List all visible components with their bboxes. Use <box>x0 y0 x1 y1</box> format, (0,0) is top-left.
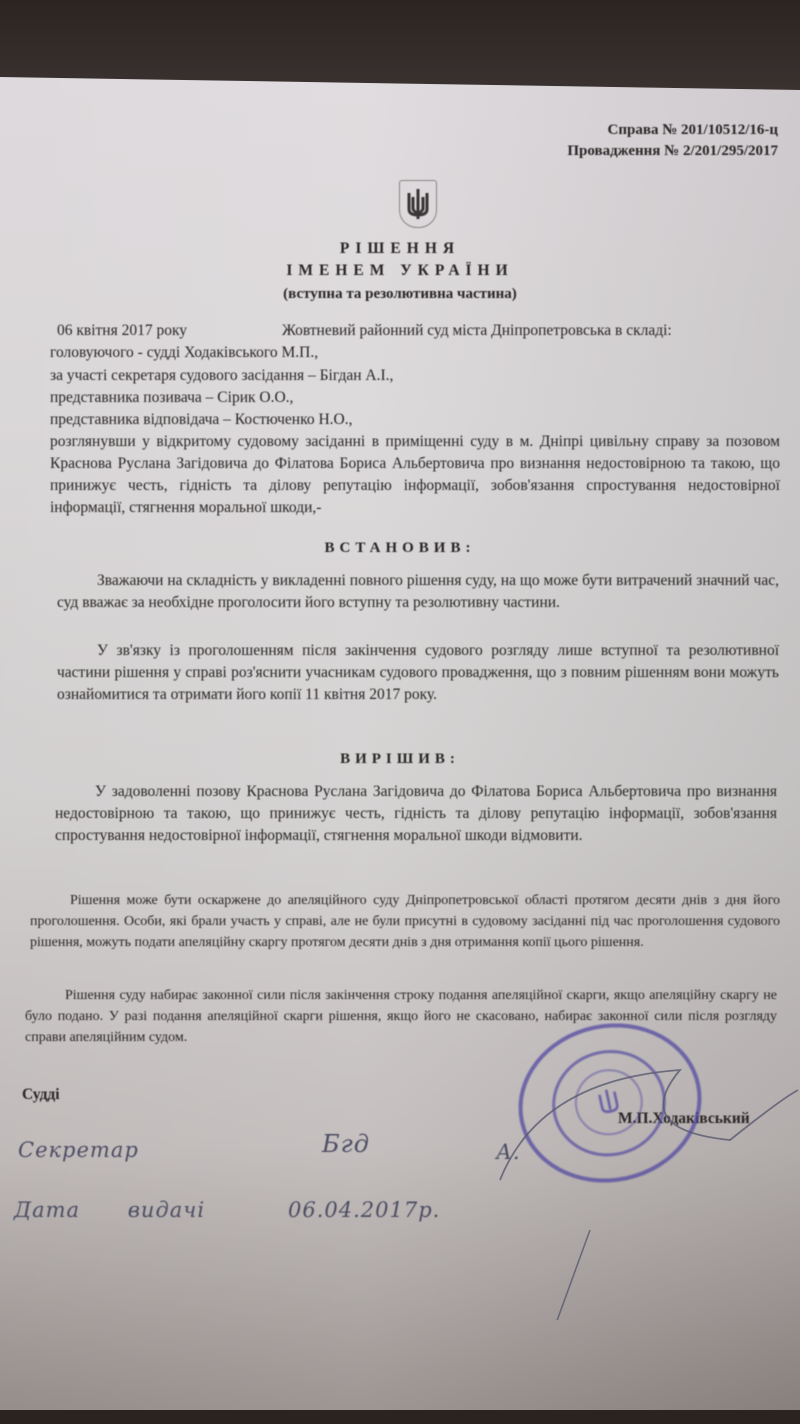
intro-paragraph: розглянувши у відкритому судовому засіда… <box>50 431 780 519</box>
court-name: Жовтневий районний суд міста Дніпропетро… <box>282 320 672 342</box>
background-surface-bottom <box>0 1410 800 1424</box>
intro-line: представника відповідача – Костюченко Н.… <box>50 409 353 431</box>
document-subtitle: (вступна та резолютивна частина) <box>0 283 800 305</box>
handwritten-secretary-initials: Бгд <box>322 1130 370 1158</box>
judge-label: Судді <box>22 1084 60 1106</box>
intro-line: за участі секретаря судового засідання –… <box>50 365 393 387</box>
handwritten-issue-date: 06.04.2017р. <box>288 1198 440 1222</box>
established-paragraph: Зважаючи на складність у викладенні повн… <box>57 570 779 614</box>
handwritten-secretary-label: Секретар <box>18 1138 139 1162</box>
handwritten-signature-mark: А. <box>496 1140 521 1164</box>
proceeding-number: Провадження № 2/201/295/2017 <box>567 141 778 162</box>
established-paragraph: У зв'язку із проголошенням після закінче… <box>57 640 779 706</box>
case-header: Справа № 201/10512/16-ц Провадження № 2/… <box>567 120 778 162</box>
handwritten-issue-date-label: Дата видачі <box>14 1198 205 1222</box>
intro-line: представника позивача – Сірик О.О., <box>50 387 293 409</box>
trident-coat-of-arms-icon <box>399 180 437 228</box>
document-title-line2: ІМЕНЕМ УКРАЇНИ <box>0 260 800 282</box>
decision-paragraph: У задоволенні позову Краснова Руслана За… <box>55 781 777 847</box>
appeal-paragraph: Рішення може бути оскаржене до апеляційн… <box>30 890 780 953</box>
decided-heading: ВИРІШИВ: <box>0 748 800 770</box>
intro-line: головуючого - судді Ходаківського М.П., <box>50 342 318 364</box>
document-title: РІШЕННЯ <box>0 238 800 260</box>
established-heading: ВСТАНОВИВ: <box>0 537 800 559</box>
background-surface <box>0 0 800 90</box>
judge-signature-scribble <box>480 1040 800 1320</box>
decision-date: 06 квітня 2017 року <box>57 320 187 342</box>
case-number: Справа № 201/10512/16-ц <box>567 120 778 141</box>
